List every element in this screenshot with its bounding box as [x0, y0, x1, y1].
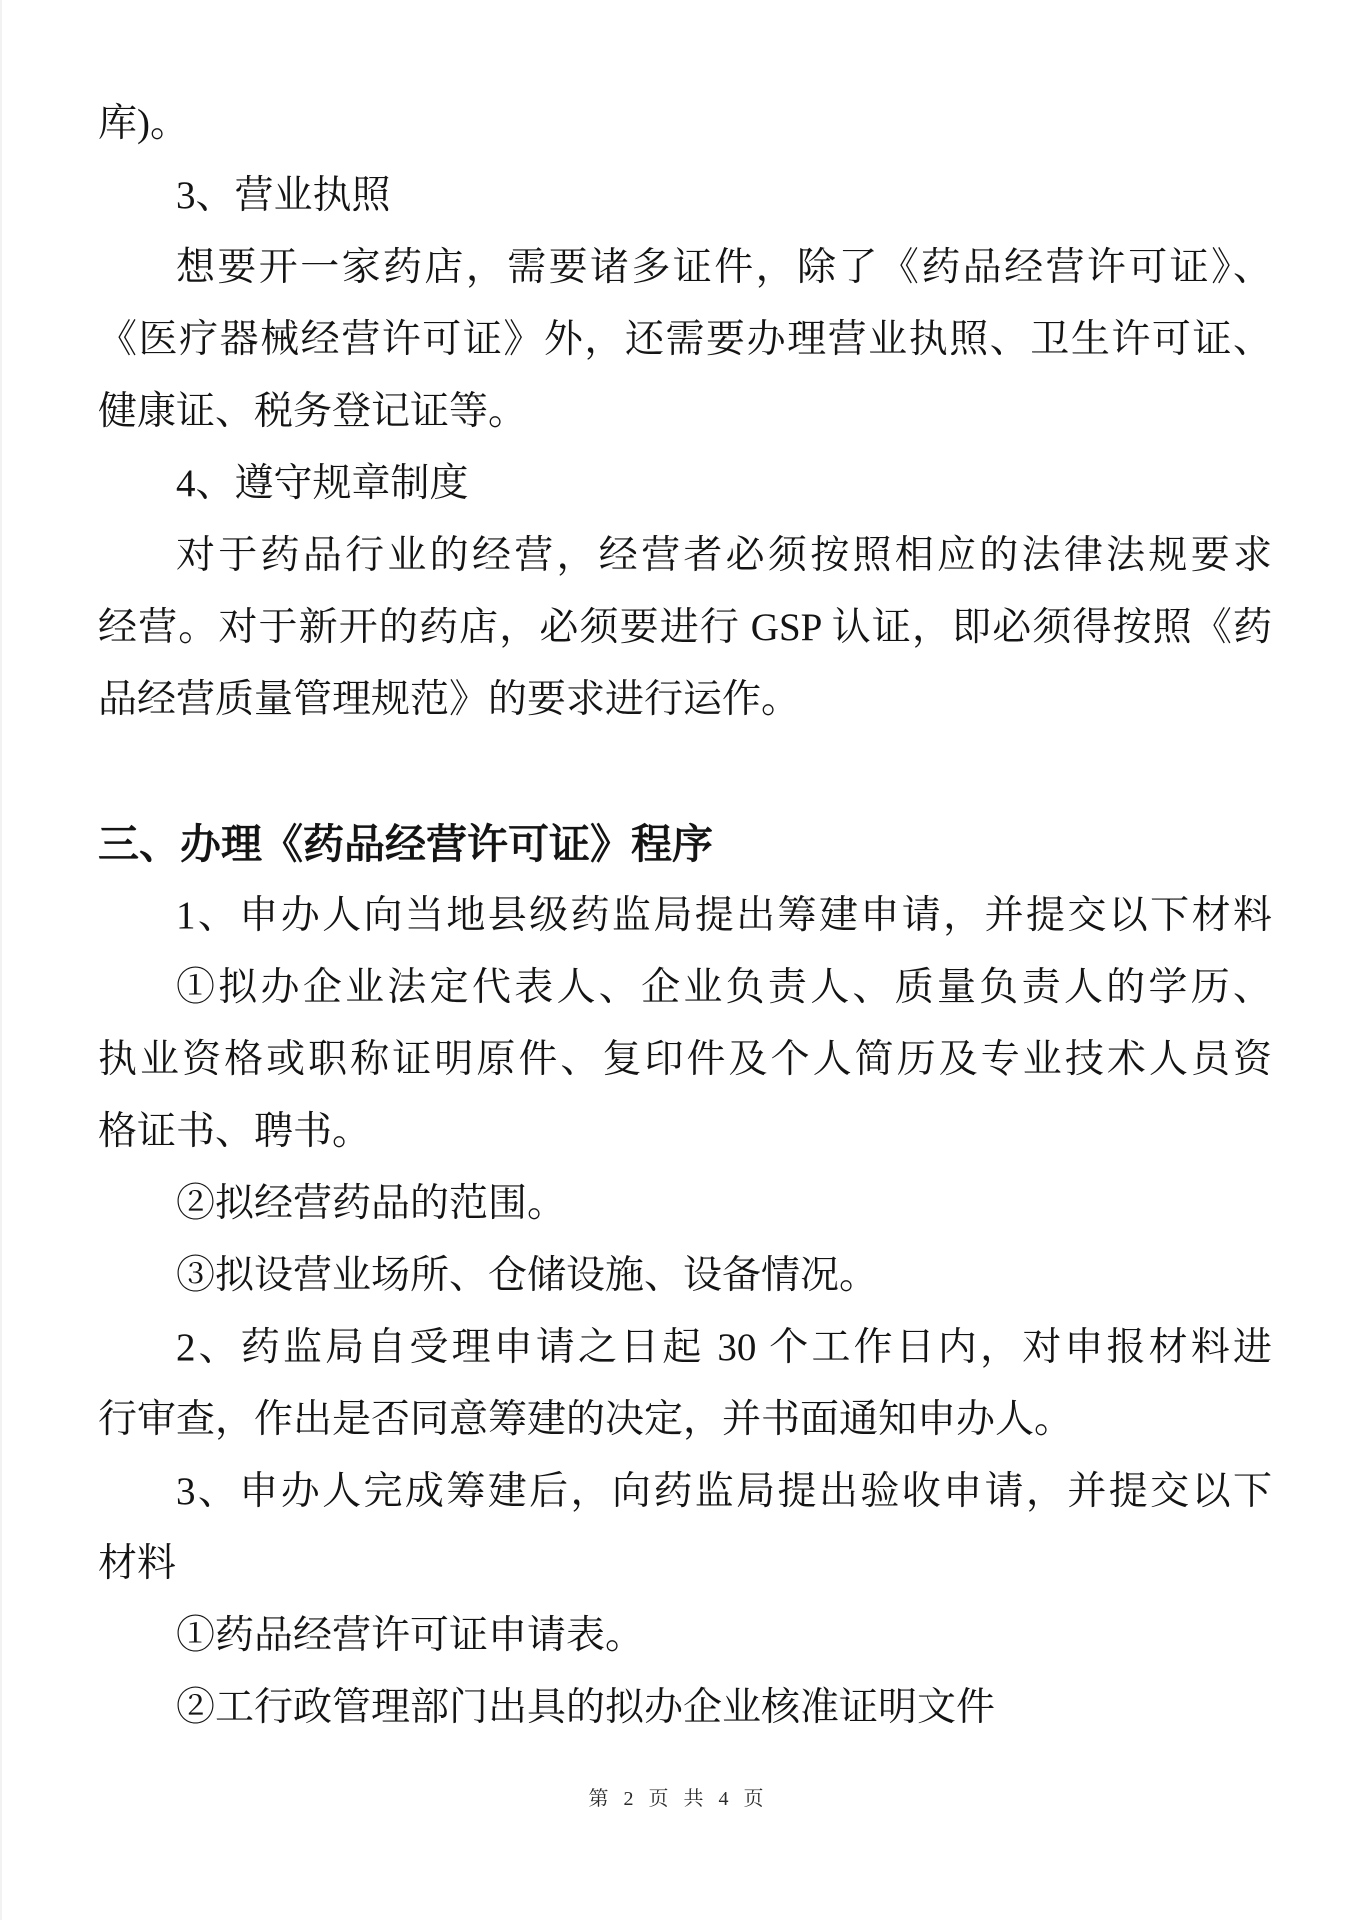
text-line: 行审查，作出是否同意筹建的决定，并书面通知申办人。	[98, 1384, 1272, 1456]
document-page: 库)。3、营业执照想要开一家药店，需要诸多证件，除了《药品经营许可证》、《医疗器…	[0, 0, 1357, 1920]
text-line: ①药品经营许可证申请表。	[98, 1600, 1272, 1672]
text-line: 经营。对于新开的药店，必须要进行 GSP 认证，即必须得按照《药	[98, 592, 1272, 664]
text-line: 材料	[98, 1528, 1272, 1600]
text-line: 《医疗器械经营许可证》外，还需要办理营业执照、卫生许可证、	[98, 304, 1272, 376]
text-line: ③拟设营业场所、仓储设施、设备情况。	[98, 1240, 1272, 1312]
text-line: 品经营质量管理规范》的要求进行运作。	[98, 664, 1272, 736]
text-line: 2、药监局自受理申请之日起 30 个工作日内，对申报材料进	[98, 1312, 1272, 1384]
text-line: 格证书、聘书。	[98, 1096, 1272, 1168]
text-line: 3、申办人完成筹建后，向药监局提出验收申请，并提交以下	[98, 1456, 1272, 1528]
text-line: 4、遵守规章制度	[98, 448, 1272, 520]
text-line: 对于药品行业的经营，经营者必须按照相应的法律法规要求	[98, 520, 1272, 592]
text-line: ②工行政管理部门出具的拟办企业核准证明文件	[98, 1672, 1272, 1744]
section-heading: 三、办理《药品经营许可证》程序	[98, 808, 1272, 880]
text-line: 健康证、税务登记证等。	[98, 376, 1272, 448]
text-line: 想要开一家药店，需要诸多证件，除了《药品经营许可证》、	[98, 232, 1272, 304]
text-line: 1、申办人向当地县级药监局提出筹建申请，并提交以下材料	[98, 880, 1272, 952]
blank-line	[98, 736, 1272, 808]
text-line: 执业资格或职称证明原件、复印件及个人简历及专业技术人员资	[98, 1024, 1272, 1096]
text-line: ②拟经营药品的范围。	[98, 1168, 1272, 1240]
text-line: ①拟办企业法定代表人、企业负责人、质量负责人的学历、	[98, 952, 1272, 1024]
document-body: 库)。3、营业执照想要开一家药店，需要诸多证件，除了《药品经营许可证》、《医疗器…	[98, 88, 1272, 1744]
text-line: 库)。	[98, 88, 1272, 160]
page-number-footer: 第 2 页 共 4 页	[0, 1782, 1357, 1811]
text-line: 3、营业执照	[98, 160, 1272, 232]
